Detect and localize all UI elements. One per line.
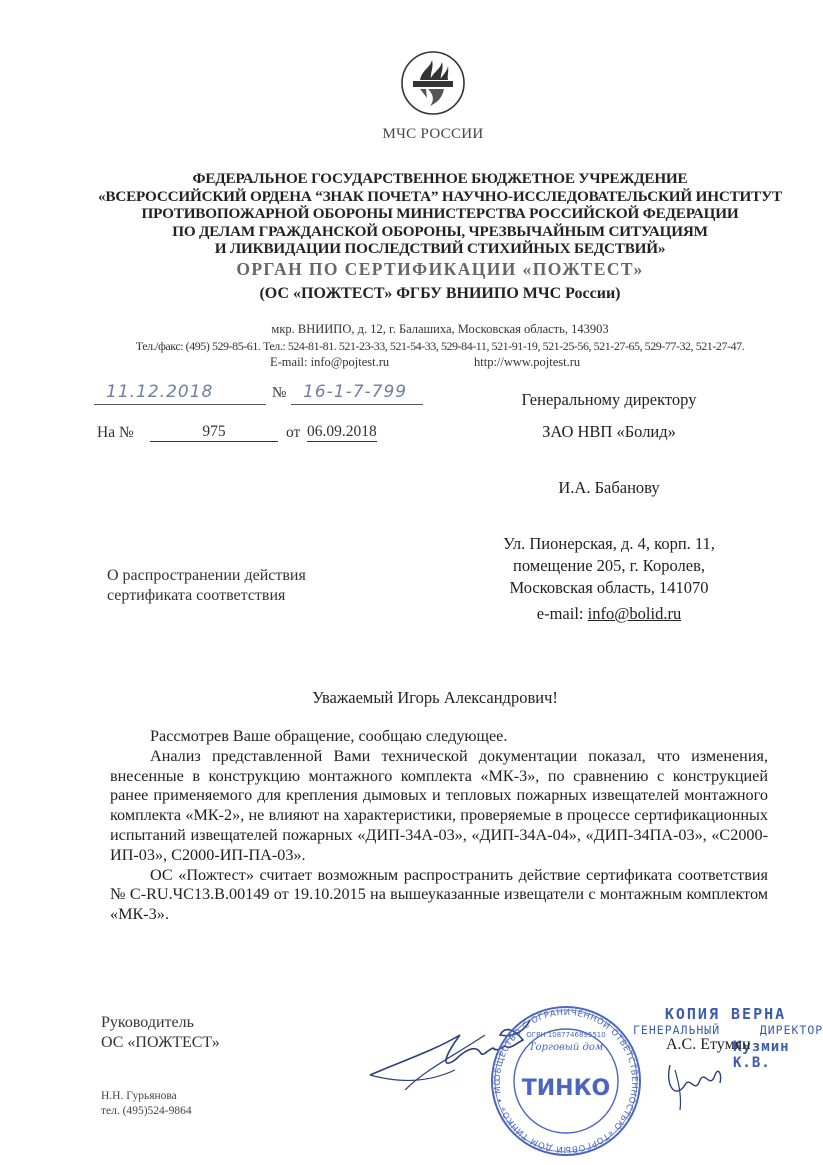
body-paragraph: Рассмотрев Ваше обращение, сообщаю следу…: [110, 727, 768, 747]
address-line: Московская область, 141070: [480, 577, 738, 599]
letterhead-phones: Тел./факс: (495) 529-85-61. Тел.: 524-81…: [60, 339, 820, 354]
seal-brand: ТИНКО: [522, 1076, 611, 1101]
seal-ogrn: ОГРН 1087746895510: [526, 1031, 605, 1039]
letter-body: Рассмотрев Ваше обращение, сообщаю следу…: [110, 727, 768, 925]
institution-line: И ЛИКВИДАЦИИ ПОСЛЕДСТВИЙ СТИХИЙНЫХ БЕДСТ…: [60, 240, 820, 258]
addressee-address: Ул. Пионерская, д. 4, корп. 11, помещени…: [480, 533, 738, 599]
signer-role: Руководитель ОС «ПОЖТЕСТ»: [101, 1013, 220, 1053]
institution-line: «ВСЕРОССИЙСКИЙ ОРДЕНА “ЗНАК ПОЧЕТА” НАУЧ…: [60, 188, 820, 206]
copy-stamp-role: ГЕНЕРАЛЬНЫЙ ДИРЕКТОР: [633, 1023, 818, 1037]
body-paragraph: ОС «Пожтест» считает возможным распростр…: [110, 866, 768, 925]
copy-stamp-role-left: ГЕНЕРАЛЬНЫЙ: [633, 1023, 720, 1037]
outgoing-date: 11.12.2018: [106, 382, 213, 402]
address-line: Ул. Пионерская, д. 4, корп. 11,: [480, 533, 738, 555]
addressee-company: ЗАО НВП «Болид»: [480, 422, 738, 442]
executor-name: Н.Н. Гурьянова: [101, 1089, 192, 1104]
signer-name: А.С. Етумян: [666, 1036, 751, 1054]
institution-line: ПРОТИВОПОЖАРНОЙ ОБОРОНЫ МИНИСТЕРСТВА РОС…: [60, 205, 820, 223]
reference-from-label: от: [286, 424, 300, 442]
institution-line: ПО ДЕЛАМ ГРАЖДАНСКОЙ ОБОРОНЫ, ЧРЕЗВЫЧАЙН…: [60, 223, 820, 241]
seal-inner-top: Торговый дом: [529, 1042, 603, 1053]
reference-number: 975: [150, 423, 278, 442]
reference-date: 06.09.2018: [307, 423, 377, 442]
number-sign: №: [272, 385, 286, 402]
company-seal: ОБЩЕСТВО С ОГРАНИЧЕННОЙ ОТВЕТСТВЕННОСТЬЮ…: [487, 1005, 645, 1158]
subject-line: О распространении действия: [107, 566, 306, 586]
executor-info: Н.Н. Гурьянова тел. (495)524-9864: [101, 1089, 192, 1119]
mchs-logo: [400, 50, 466, 116]
addressee-email: e-mail: info@bolid.ru: [480, 604, 738, 624]
addressee-title: Генеральному директору: [480, 390, 738, 410]
letterhead-email: E-mail: info@pojtest.ru: [270, 355, 389, 370]
signer-role-line: ОС «ПОЖТЕСТ»: [101, 1033, 220, 1053]
emercom-torch-emblem-icon: [400, 50, 466, 116]
reference-label: На №: [97, 424, 134, 442]
letter-subject: О распространении действия сертификата с…: [107, 566, 306, 606]
subject-line: сертификата соответствия: [107, 586, 306, 606]
copy-stamp-title: КОПИЯ ВЕРНА: [633, 1005, 818, 1023]
body-paragraph: Анализ представленной Вами технической д…: [110, 747, 768, 866]
signer-role-line: Руководитель: [101, 1013, 220, 1033]
logo-caption: МЧС РОССИИ: [350, 126, 516, 143]
copy-certified-stamp: КОПИЯ ВЕРНА ГЕНЕРАЛЬНЫЙ ДИРЕКТОР Кузмин …: [633, 1005, 818, 1037]
addressee-person: И.А. Бабанову: [480, 478, 738, 498]
copy-stamp-role-right: ДИРЕКТОР: [760, 1023, 823, 1037]
certification-body-title: ОРГАН ПО СЕРТИФИКАЦИИ «ПОЖТЕСТ»: [60, 259, 820, 280]
email-label: e-mail:: [537, 604, 588, 623]
round-seal-icon: ОБЩЕСТВО С ОГРАНИЧЕННОЙ ОТВЕТСТВЕННОСТЬЮ…: [487, 1005, 645, 1158]
executor-phone: тел. (495)524-9864: [101, 1104, 192, 1119]
outgoing-number: 16-1-7-799: [303, 382, 407, 402]
salutation: Уважаемый Игорь Александрович!: [90, 688, 780, 708]
certification-body-subtitle: (ОС «ПОЖТЕСТ» ФГБУ ВНИИПО МЧС России): [60, 285, 820, 303]
copy-certifier-signature: [660, 1055, 730, 1115]
letterhead-website: http://www.pojtest.ru: [474, 355, 580, 370]
address-line: помещение 205, г. Королев,: [480, 555, 738, 577]
institution-line: ФЕДЕРАЛЬНОЕ ГОСУДАРСТВЕННОЕ БЮДЖЕТНОЕ УЧ…: [60, 170, 820, 188]
email-link[interactable]: info@bolid.ru: [588, 604, 682, 623]
institution-name: ФЕДЕРАЛЬНОЕ ГОСУДАРСТВЕННОЕ БЮДЖЕТНОЕ УЧ…: [60, 170, 820, 258]
letterhead-address: мкр. ВНИИПО, д. 12, г. Балашиха, Московс…: [60, 322, 820, 337]
signature-icon: [660, 1055, 730, 1115]
